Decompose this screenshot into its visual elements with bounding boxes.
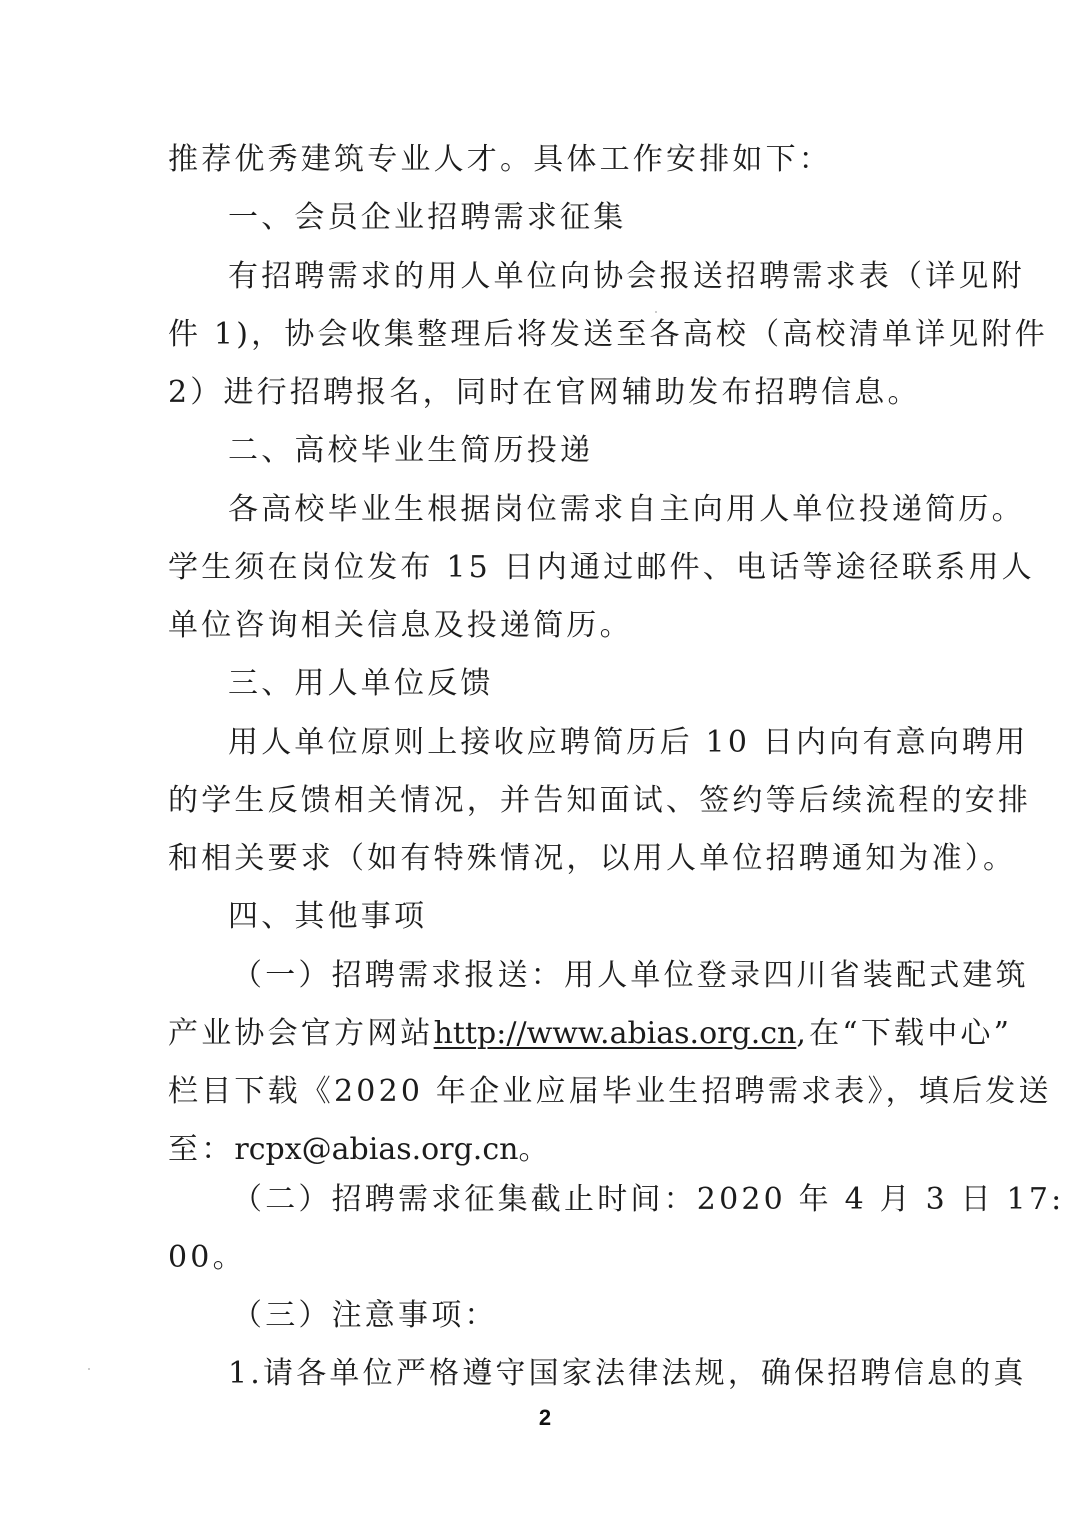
item-2-line-1: （二）招聘需求征集截止时间：2020 年 4 月 3 日 17:	[232, 1180, 1002, 1220]
scan-speck	[88, 1368, 90, 1370]
item-1-text-after-link: ,在“下载中心”	[796, 1016, 1012, 1051]
paragraph-1-line-1: 有招聘需求的用人单位向协会报送招聘需求表（详见附	[228, 257, 998, 297]
item-2-line-2: 00。	[168, 1238, 938, 1278]
item-1-line-4: 至：rcpx@abias.org.cn。	[168, 1130, 938, 1170]
item-1-line-3: 栏目下载《2020 年企业应届毕业生招聘需求表》，填后发送	[168, 1072, 938, 1112]
section-heading-4: 四、其他事项	[228, 897, 998, 937]
item-3-heading: （三）注意事项：	[232, 1296, 1002, 1336]
paragraph-2-line-1: 各高校毕业生根据岗位需求自主向用人单位投递简历。	[228, 490, 998, 530]
paragraph-2-line-3: 单位咨询相关信息及投递简历。	[168, 606, 938, 646]
section-heading-1: 一、会员企业招聘需求征集	[228, 198, 998, 238]
paragraph-3-line-2: 的学生反馈相关情况，并告知面试、签约等后续流程的安排	[168, 781, 938, 821]
page-number: 2	[530, 1405, 560, 1431]
paragraph-3-line-1: 用人单位原则上接收应聘简历后 10 日内向有意向聘用	[228, 723, 998, 763]
paragraph-2-line-2: 学生须在岗位发布 15 日内通过邮件、电话等途径联系用人	[168, 548, 938, 588]
paragraph-3-line-3: 和相关要求（如有特殊情况，以用人单位招聘通知为准）。	[168, 839, 938, 879]
item-1-email-prefix: 至：	[168, 1132, 234, 1167]
item-1-email-suffix: 。	[518, 1132, 551, 1167]
section-heading-2: 二、高校毕业生简历投递	[228, 431, 998, 471]
document-page: 推荐优秀建筑专业人才。具体工作安排如下： 一、会员企业招聘需求征集 有招聘需求的…	[0, 0, 1080, 1527]
paragraph-1-line-2: 件 1)，协会收集整理后将发送至各高校（高校清单详见附件	[168, 315, 938, 355]
paragraph-1-line-3: 2）进行招聘报名，同时在官网辅助发布招聘信息。	[168, 373, 938, 413]
item-3-point-1: 1.请各单位严格遵守国家法律法规，确保招聘信息的真	[228, 1354, 998, 1394]
website-link[interactable]: http://www.abias.org.cn	[434, 1016, 797, 1051]
intro-line: 推荐优秀建筑专业人才。具体工作安排如下：	[168, 140, 938, 180]
email-address: rcpx@abias.org.cn	[234, 1132, 518, 1167]
item-1-line-1: （一）招聘需求报送：用人单位登录四川省装配式建筑	[232, 956, 1002, 996]
item-1-text-before-link: 产业协会官方网站	[168, 1016, 434, 1051]
item-1-line-2: 产业协会官方网站http://www.abias.org.cn,在“下载中心”	[168, 1014, 938, 1054]
section-heading-3: 三、用人单位反馈	[228, 664, 998, 704]
scan-speck	[655, 311, 657, 313]
